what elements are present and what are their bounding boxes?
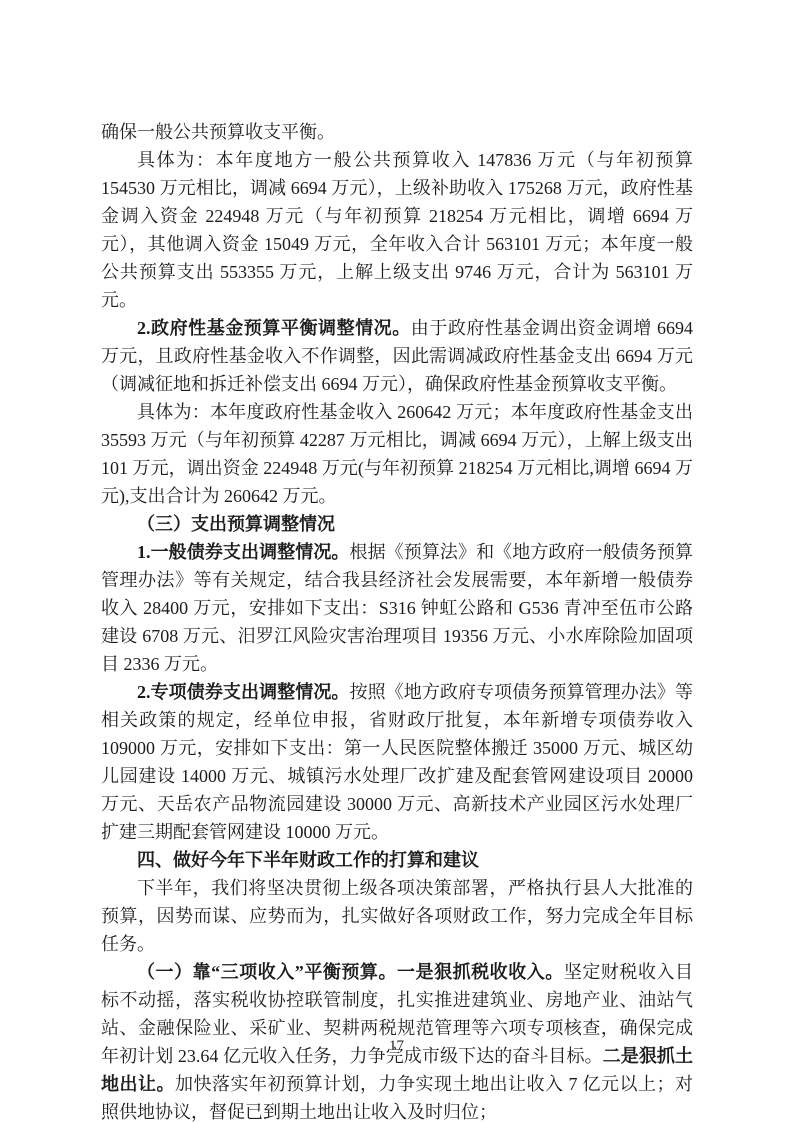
document-page: 确保一般公共预算收支平衡。具体为：本年度地方一般公共预算收入 147836 万元… <box>0 0 793 1122</box>
para-general-bond-adjustment-run-0: 1.一般债券支出调整情况。 <box>137 542 350 562</box>
para-three-incomes-balance-run-3: 加快落实年初预算计划，力争实现土地出让收入 7 亿元以上；对照供地协议，督促已到… <box>101 1074 693 1122</box>
para-special-bond-adjustment: 2.专项债券支出调整情况。按照《地方政府专项债务预算管理办法》等相关政策的规定，… <box>101 678 693 846</box>
heading-second-half-work-plan-run-0: 四、做好今年下半年财政工作的打算和建议 <box>137 850 479 870</box>
para-second-half-intro: 下半年，我们将坚决贯彻上级各项决策部署，严格执行县人大批准的预算，因势而谋、应势… <box>101 874 693 958</box>
para-special-bond-adjustment-run-1: 按照《地方政府专项债务预算管理办法》等相关政策的规定，经单位申报，省财政厅批复，… <box>101 682 693 842</box>
heading-expenditure-budget-adjustment: （三）支出预算调整情况 <box>101 510 693 538</box>
para-govfund-balance-adjustment: 2.政府性基金预算平衡调整情况。由于政府性基金调出资金调增 6694 万元，且政… <box>101 314 693 398</box>
heading-second-half-work-plan: 四、做好今年下半年财政工作的打算和建议 <box>101 846 693 874</box>
para-general-public-budget-detail: 具体为：本年度地方一般公共预算收入 147836 万元（与年初预算 154530… <box>101 146 693 314</box>
para-balance-conclusion-run-0: 确保一般公共预算收支平衡。 <box>101 122 335 142</box>
heading-expenditure-budget-adjustment-run-0: （三）支出预算调整情况 <box>137 514 335 534</box>
para-govfund-detail: 具体为：本年度政府性基金收入 260642 万元；本年度政府性基金支出 3559… <box>101 398 693 510</box>
para-general-public-budget-detail-run-0: 具体为：本年度地方一般公共预算收入 147836 万元（与年初预算 154530… <box>101 150 693 310</box>
para-second-half-intro-run-0: 下半年，我们将坚决贯彻上级各项决策部署，严格执行县人大批准的预算，因势而谋、应势… <box>101 878 693 954</box>
para-general-bond-adjustment: 1.一般债券支出调整情况。根据《预算法》和《地方政府一般债务预算管理办法》等有关… <box>101 538 693 678</box>
para-govfund-detail-run-0: 具体为：本年度政府性基金收入 260642 万元；本年度政府性基金支出 3559… <box>101 402 693 506</box>
para-special-bond-adjustment-run-0: 2.专项债券支出调整情况。 <box>137 682 350 702</box>
para-three-incomes-balance-run-0: （一）靠“三项收入”平衡预算。一是狠抓税收收入。 <box>137 962 564 982</box>
page-number: 17 <box>0 1037 793 1055</box>
document-body: 确保一般公共预算收支平衡。具体为：本年度地方一般公共预算收入 147836 万元… <box>101 118 693 1122</box>
para-govfund-balance-adjustment-run-0: 2.政府性基金预算平衡调整情况。 <box>137 318 411 338</box>
para-balance-conclusion: 确保一般公共预算收支平衡。 <box>101 118 693 146</box>
